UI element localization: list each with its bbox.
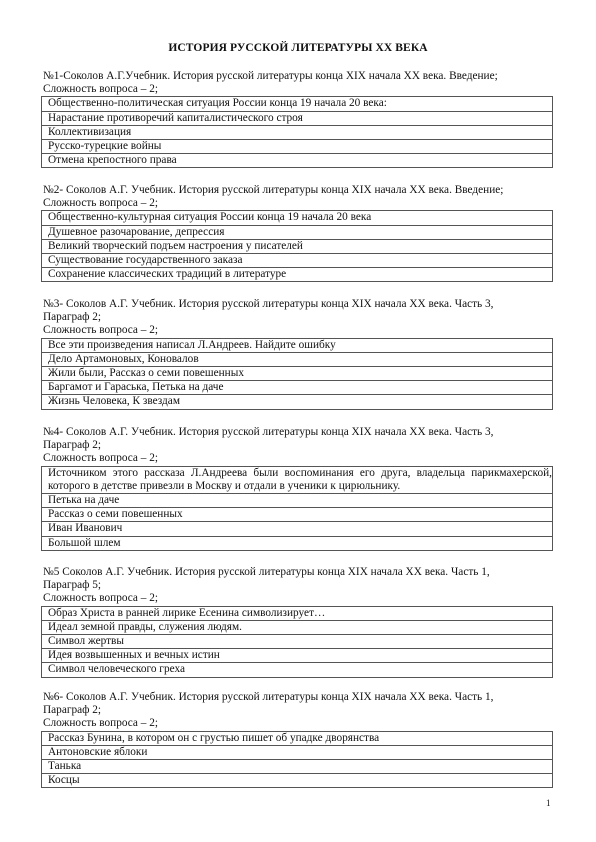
option-row: Символ человеческого греха [42,663,553,677]
difficulty-line: Сложность вопроса – 2; [43,83,555,96]
option-text: Идеал земной правды, служения людям. [42,620,553,634]
option-row: Душевное разочарование, депрессия [42,225,553,239]
difficulty-line: Сложность вопроса – 2; [43,592,555,605]
question-table: Общественно-культурная ситуация России к… [41,210,553,282]
option-row: Дело Артамоновых, Коновалов [42,352,553,366]
option-text: Существование государственного заказа [42,254,553,268]
question-header: №1-Соколов А.Г.Учебник. История русской … [43,70,555,96]
option-row: Баргамот и Гараська, Петька на даче [42,381,553,395]
question-block: №5 Соколов А.Г. Учебник. История русской… [43,566,555,678]
question-row: Все эти произведения написал Л.Андреев. … [42,338,553,352]
question-header: №6- Соколов А.Г. Учебник. История русско… [43,691,555,731]
paragraph-line: Параграф 2; [43,311,555,324]
question-block: №1-Соколов А.Г.Учебник. История русской … [43,70,555,168]
option-text: Рассказ о семи повешенных [42,508,553,522]
question-table: Рассказ Бунина, в котором он с грустью п… [41,731,553,789]
option-text: Косцы [42,774,553,788]
question-header: №2- Соколов А.Г. Учебник. История русско… [43,184,555,210]
option-row: Рассказ о семи повешенных [42,508,553,522]
source-line: №6- Соколов А.Г. Учебник. История русско… [43,691,555,704]
option-text: Жили были, Рассказ о семи повешенных [42,367,553,381]
question-header: №4- Соколов А.Г. Учебник. История русско… [43,426,555,466]
question-table: Общественно-политическая ситуация России… [41,96,553,168]
question-table: Все эти произведения написал Л.Андреев. … [41,338,553,410]
difficulty-line: Сложность вопроса – 2; [43,324,555,337]
option-text: Петька на даче [42,494,553,508]
page-title: ИСТОРИЯ РУССКОЙ ЛИТЕРАТУРЫ XX ВЕКА [0,42,596,54]
question-text: Общественно-политическая ситуация России… [42,97,553,111]
option-row: Большой шлем [42,536,553,550]
option-row: Символ жертвы [42,635,553,649]
option-row: Антоновские яблоки [42,745,553,759]
option-text: Нарастание противоречий капиталистическо… [42,111,553,125]
option-text: Символ человеческого греха [42,663,553,677]
option-text: Идея возвышенных и вечных истин [42,649,553,663]
question-text: Все эти произведения написал Л.Андреев. … [42,338,553,352]
option-row: Нарастание противоречий капиталистическо… [42,111,553,125]
option-text: Иван Иванович [42,522,553,536]
question-table: Источником этого рассказа Л.Андреева был… [41,466,553,551]
option-text: Дело Артамоновых, Коновалов [42,352,553,366]
question-text: Рассказ Бунина, в котором он с грустью п… [42,731,553,745]
option-row: Коллективизация [42,125,553,139]
option-row: Сохранение классических традиций в литер… [42,268,553,282]
source-line: №4- Соколов А.Г. Учебник. История русско… [43,426,555,439]
option-row: Жили были, Рассказ о семи повешенных [42,367,553,381]
page-number: 1 [546,798,551,808]
question-block: №6- Соколов А.Г. Учебник. История русско… [43,691,555,788]
paragraph-line: Параграф 5; [43,579,555,592]
option-row: Жизнь Человека, К звездам [42,395,553,409]
question-text: Образ Христа в ранней лирике Есенина сим… [42,606,553,620]
question-table: Образ Христа в ранней лирике Есенина сим… [41,606,553,678]
option-text: Танька [42,760,553,774]
option-row: Идея возвышенных и вечных истин [42,649,553,663]
difficulty-line: Сложность вопроса – 2; [43,717,555,730]
question-row: Рассказ Бунина, в котором он с грустью п… [42,731,553,745]
question-block: №3- Соколов А.Г. Учебник. История русско… [43,298,555,410]
option-text: Коллективизация [42,125,553,139]
source-line: №2- Соколов А.Г. Учебник. История русско… [43,184,555,197]
difficulty-line: Сложность вопроса – 2; [43,197,555,210]
option-text: Сохранение классических традиций в литер… [42,268,553,282]
option-text: Жизнь Человека, К звездам [42,395,553,409]
paragraph-line: Параграф 2; [43,439,555,452]
option-row: Петька на даче [42,494,553,508]
option-text: Великий творческий подъем настроения у п… [42,239,553,253]
source-line: №1-Соколов А.Г.Учебник. История русской … [43,70,555,83]
option-row: Танька [42,760,553,774]
option-row: Отмена крепостного права [42,154,553,168]
question-row: Образ Христа в ранней лирике Есенина сим… [42,606,553,620]
option-row: Великий творческий подъем настроения у п… [42,239,553,253]
option-text: Символ жертвы [42,635,553,649]
question-header: №3- Соколов А.Г. Учебник. История русско… [43,298,555,338]
source-line: №5 Соколов А.Г. Учебник. История русской… [43,566,555,579]
option-text: Большой шлем [42,536,553,550]
question-row: Источником этого рассказа Л.Андреева был… [42,466,553,493]
option-text: Русско-турецкие войны [42,140,553,154]
option-text: Отмена крепостного права [42,154,553,168]
source-line: №3- Соколов А.Г. Учебник. История русско… [43,298,555,311]
option-text: Антоновские яблоки [42,745,553,759]
question-row: Общественно-культурная ситуация России к… [42,211,553,225]
option-text: Баргамот и Гараська, Петька на даче [42,381,553,395]
difficulty-line: Сложность вопроса – 2; [43,452,555,465]
question-block: №4- Соколов А.Г. Учебник. История русско… [43,426,555,551]
question-text: Источником этого рассказа Л.Андреева был… [42,466,553,493]
option-row: Иван Иванович [42,522,553,536]
option-text: Душевное разочарование, депрессия [42,225,553,239]
question-header: №5 Соколов А.Г. Учебник. История русской… [43,566,555,606]
option-row: Идеал земной правды, служения людям. [42,620,553,634]
question-text: Общественно-культурная ситуация России к… [42,211,553,225]
paragraph-line: Параграф 2; [43,704,555,717]
question-row: Общественно-политическая ситуация России… [42,97,553,111]
option-row: Косцы [42,774,553,788]
option-row: Существование государственного заказа [42,254,553,268]
option-row: Русско-турецкие войны [42,140,553,154]
question-block: №2- Соколов А.Г. Учебник. История русско… [43,184,555,282]
